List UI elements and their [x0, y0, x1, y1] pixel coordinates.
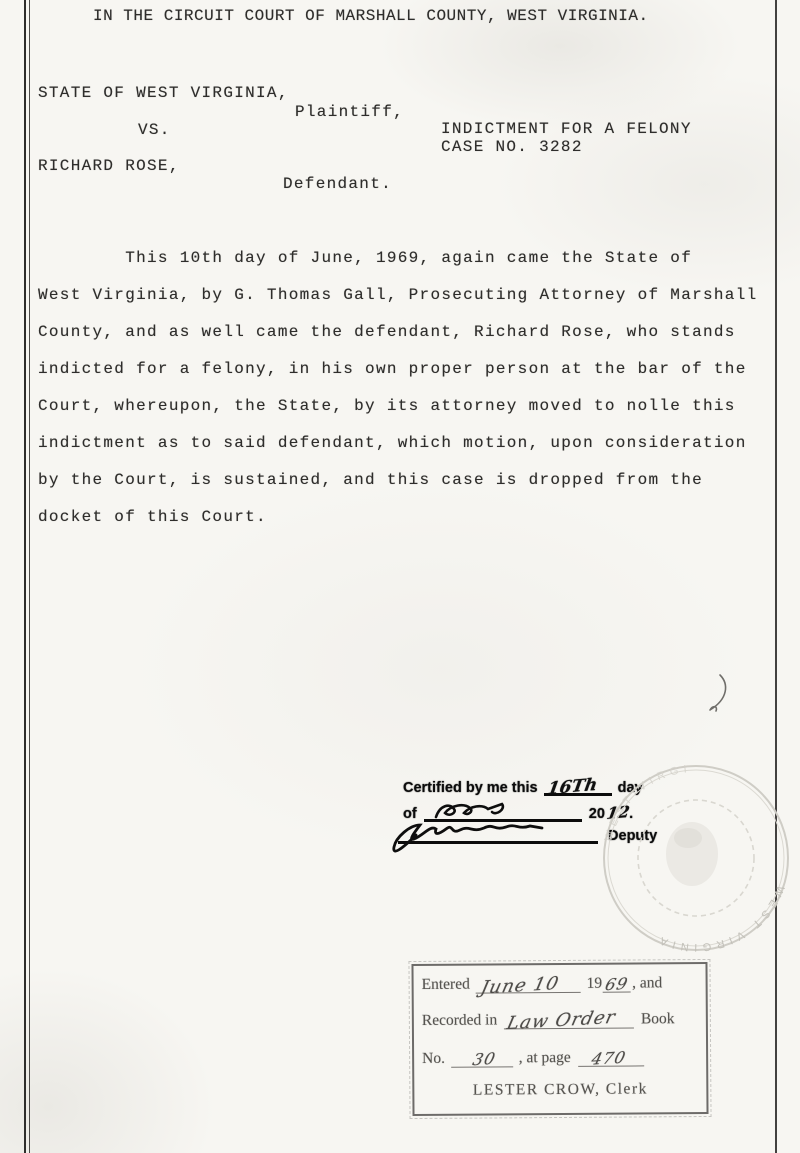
page-no-line: 470: [578, 1050, 644, 1066]
book-label: Book: [641, 1010, 675, 1027]
recorded-book-line: Law Order: [504, 1012, 634, 1029]
entry-stamp-box: Entered June 10 1969, and Recorded in La…: [411, 962, 708, 1116]
left-border-outer-line: [24, 0, 26, 1153]
recorded-label: Recorded in: [422, 1011, 497, 1029]
order-body-text: This 10th day of June, 1969, again came …: [38, 240, 778, 536]
entered-year-prefix: 19: [587, 975, 603, 992]
deputy-signature-line: [398, 827, 598, 844]
entered-label: Entered: [422, 976, 470, 993]
at-page-label: , at page: [519, 1049, 571, 1066]
entered-and-suffix: , and: [632, 974, 662, 991]
left-border-inner-line: [29, 0, 30, 1153]
entered-year-line: 69: [603, 977, 631, 993]
handwritten-page-no: 470: [589, 1048, 627, 1069]
versus-label: VS.: [138, 121, 171, 139]
defendant-name: RICHARD ROSE,: [38, 157, 180, 175]
embossed-court-seal: WEST VIRGINIA WEST VIRGINIA: [596, 758, 796, 958]
deputy-signature-scrawl: [390, 813, 600, 859]
court-title: IN THE CIRCUIT COURT OF MARSHALL COUNTY,…: [93, 7, 649, 25]
handwritten-entered-date: June 10: [479, 973, 561, 999]
case-type: INDICTMENT FOR A FELONY: [441, 120, 692, 138]
entered-row: Entered June 10 1969, and: [422, 974, 663, 994]
plaintiff-name: STATE OF WEST VIRGINIA,: [38, 84, 289, 102]
right-border-line: [775, 0, 777, 1153]
certified-prefix-label: Certified by me this: [403, 780, 538, 796]
svg-text:WEST VIRGINIA: WEST VIRGINIA: [654, 884, 786, 953]
plaintiff-role: Plaintiff,: [295, 103, 404, 121]
book-page-row: No. 30 , at page 470: [422, 1048, 647, 1068]
scanned-court-document: IN THE CIRCUIT COURT OF MARSHALL COUNTY,…: [0, 0, 800, 1153]
case-number: CASE NO. 3282: [441, 138, 583, 156]
handwritten-day: 16Th: [546, 775, 599, 799]
book-no-line: 30: [451, 1051, 513, 1067]
handwritten-book-no: 30: [471, 1049, 498, 1069]
no-label: No.: [422, 1050, 445, 1067]
pen-mark: [700, 672, 732, 714]
handwritten-book-name: Law Order: [505, 1007, 618, 1034]
seal-arc-text: WEST VIRGINIA: [654, 884, 786, 953]
defendant-role: Defendant.: [283, 175, 392, 193]
recorded-row: Recorded in Law Order Book: [422, 1010, 675, 1030]
entered-date-line: June 10: [476, 977, 581, 994]
handwritten-entered-year: 69: [604, 974, 631, 994]
clerk-name-line: LESTER CROW, Clerk: [414, 1080, 706, 1100]
